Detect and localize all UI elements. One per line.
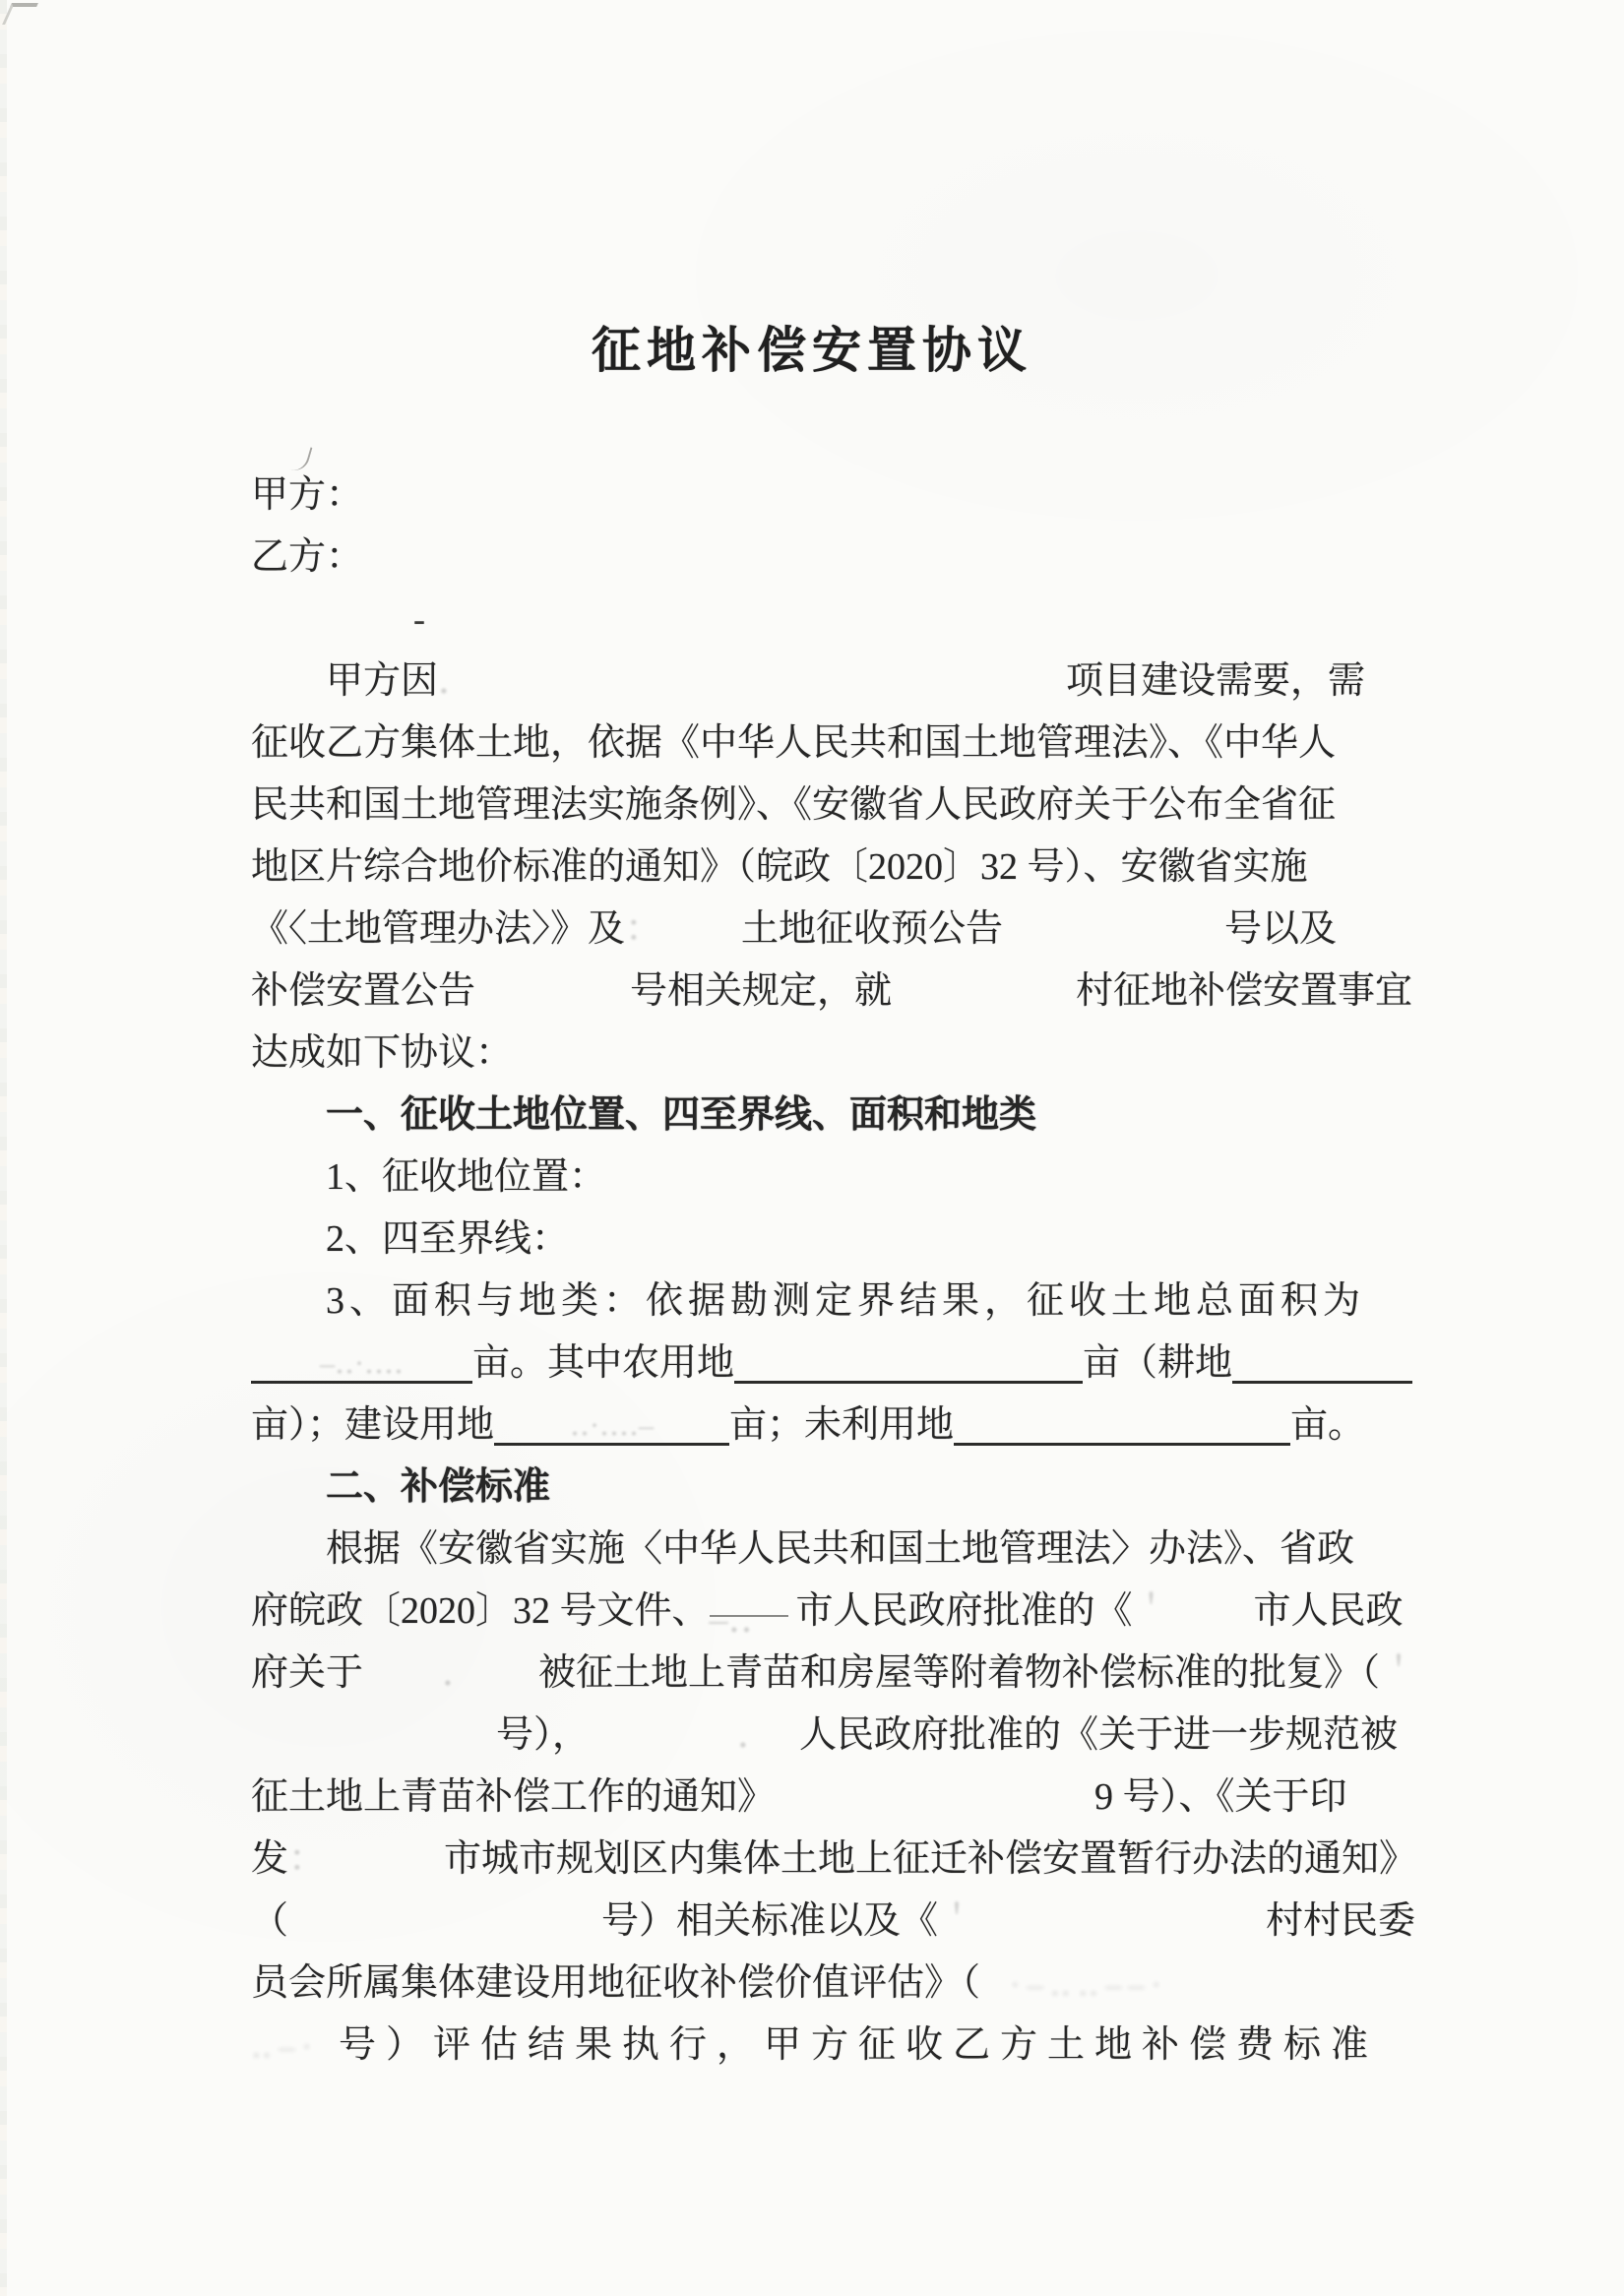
preamble-text: 民共和国土地管理法实施条例》、《安徽省人民政府关于公布全省征: [251, 784, 1336, 826]
spacer: [251, 692, 326, 693]
area-text-1: 亩。其中农用地: [472, 1342, 734, 1384]
blank-project-name: [475, 692, 1066, 693]
section2-line-1: 根据《安徽省实施〈中华人民共和国土地管理法〉办法》、省政: [251, 1519, 1481, 1581]
preamble-lead: 甲方因: [326, 660, 438, 702]
faint-colon-mark: ：: [288, 1838, 326, 1880]
section2-text: 市人民政: [1254, 1590, 1404, 1632]
blank-total-area: –‥·‥‥: [251, 1351, 472, 1384]
section2-line-7: （号）相关标准以及《＇村村民委: [251, 1891, 1481, 1953]
preamble-line-7: 达成如下协议：: [251, 1023, 1481, 1085]
section1-item3-line: 3、面积与地类：依据勘测定界结果，征收土地总面积为: [251, 1271, 1481, 1333]
scan-corner-artifact: [2, 3, 38, 25]
section2-text: 府皖政〔2020〕32 号文件、: [251, 1590, 710, 1632]
preamble-text: 村征地补偿安置事宜: [1076, 970, 1412, 1012]
spacer: [662, 940, 741, 941]
preamble-line-3: 民共和国土地管理法实施条例》、《安徽省人民政府关于公布全省征: [251, 775, 1481, 837]
erased-city-value: –‥: [710, 1599, 753, 1641]
spacer: [980, 1994, 1010, 1995]
section2-text: 征土地上青苗补偿工作的通知》: [251, 1776, 775, 1818]
faint-dot-mark: ．: [442, 1652, 479, 1694]
erased-appraisal-ref: ·–‥‥––·: [1010, 1966, 1168, 2002]
erased-construction-value: ‥·‥‥–: [494, 1411, 729, 1441]
section1-heading-line: 一、征收土地位置、四至界线、面积和地类: [251, 1085, 1481, 1147]
blank-pre-announcement-no: [1003, 940, 1224, 941]
blank-farmland-area: [734, 1351, 1083, 1384]
section1-item1-line: 1、征收地位置：: [251, 1147, 1481, 1209]
blank-city-name-3: [326, 1870, 444, 1871]
pre-announcement-label: 土地征收预公告: [741, 908, 1003, 950]
resettlement-announcement-label: 补偿安置公告: [251, 970, 475, 1012]
blank-construction-area: ‥·‥‥–: [494, 1413, 729, 1446]
faint-colon-mark: ：: [625, 908, 662, 950]
spacer: [251, 1188, 326, 1189]
area-text-4: 亩；未利用地: [729, 1404, 954, 1446]
section2-text: 号），: [496, 1714, 590, 1756]
section2-text: （: [251, 1900, 288, 1942]
party-a-line: 甲方：: [251, 465, 1481, 527]
preamble-text: 征收乙方集体土地，依据《中华人民共和国土地管理法》、《中华人: [251, 722, 1336, 764]
faint-tick-mark: ＇: [1133, 1590, 1170, 1632]
faint-dot-mark: ．: [438, 660, 475, 702]
erased-result-no: ‥–·: [251, 2028, 319, 2064]
area-line-2: 亩）；建设用地‥·‥‥–亩；未利用地亩。: [251, 1395, 1481, 1457]
preamble-tail: 项目建设需要，需: [1066, 660, 1365, 702]
blank-approval-no: [251, 1746, 496, 1747]
party-b-label: 乙方：: [251, 536, 363, 578]
preamble-line-2: 征收乙方集体土地，依据《中华人民共和国土地管理法》、《中华人: [251, 713, 1481, 775]
scanned-agreement-page: 征地补偿安置协议 甲方： 乙方： - 甲方因．项目建设需要，需 征收乙方集体土地…: [0, 0, 1624, 2296]
section1-heading: 一、征收土地位置、四至界线、面积和地类: [326, 1094, 1036, 1136]
blank-unused-area: [954, 1413, 1290, 1446]
section1-item2-line: 2、四至界线：: [251, 1209, 1481, 1271]
preamble-text: 号相关规定，就: [630, 970, 892, 1012]
preamble-text: 号以及: [1224, 908, 1337, 950]
faint-tick-mark: ＇: [938, 1900, 975, 1942]
section2-line-5: 征土地上青苗补偿工作的通知》9 号）、《关于印: [251, 1767, 1481, 1829]
preamble-text: 地区片综合地价标准的通知》（皖政〔2020〕32 号）、安徽省实施: [251, 846, 1308, 888]
spacer: [775, 1746, 799, 1747]
section2-text: 被征土地上青苗和房屋等附着物补偿标准的批复》（: [538, 1652, 1380, 1694]
section2-text: 市城市规划区内集体土地上征迁补偿安置暂行办法的通知》: [444, 1838, 1416, 1880]
preamble-text: 达成如下协议：: [251, 1032, 513, 1074]
spacer: [479, 1684, 538, 1685]
spacer: [251, 1312, 326, 1313]
faint-dot-mark: ．: [737, 1714, 775, 1756]
blank-announcement-no: [475, 1002, 630, 1003]
item2-text: 2、四至界线：: [326, 1218, 569, 1260]
spacer: [251, 1126, 326, 1127]
section2-text: 市人民政府批准的《: [796, 1590, 1133, 1632]
document-title: 征地补偿安置协议: [0, 311, 1624, 382]
area-text-2: 亩（耕地: [1083, 1342, 1232, 1384]
stray-dash-mark: -: [413, 599, 425, 639]
erased-total-area-value: –‥·‥‥: [251, 1349, 472, 1379]
section2-text: 号）相关标准以及《: [601, 1900, 938, 1942]
spacer: [251, 1498, 326, 1499]
blank-village-name: [892, 1002, 1076, 1003]
section2-text: 号）评估结果执行，甲方征收乙方土地补偿费标准: [339, 2024, 1378, 2066]
preamble-line-6: 补偿安置公告号相关规定，就村征地补偿安置事宜: [251, 961, 1481, 1023]
preamble-line-4: 地区片综合地价标准的通知》（皖政〔2020〕32 号）、安徽省实施: [251, 837, 1481, 899]
item1-text: 1、征收地位置：: [326, 1156, 606, 1198]
party-b-line: 乙方：: [251, 527, 1481, 589]
section2-heading-line: 二、补偿标准: [251, 1457, 1481, 1519]
section2-text: 发: [251, 1838, 288, 1880]
area-text-5: 亩。: [1290, 1404, 1365, 1446]
section2-line-2: 府皖政〔2020〕32 号文件、–‥市人民政府批准的《＇市人民政: [251, 1581, 1481, 1643]
preamble-line-5: 《〈土地管理办法〉》及：土地征收预公告号以及: [251, 899, 1481, 961]
section2-text: 9 号）、《关于印: [1094, 1776, 1347, 1818]
spacer: [319, 2056, 339, 2057]
item3-text: 3、面积与地类：依据勘测定界结果，征收土地总面积为: [326, 1280, 1365, 1322]
section2-text: 府关于: [251, 1652, 363, 1694]
section2-text: 员会所属集体建设用地征收补偿价值评估》（: [251, 1962, 980, 2004]
stray-dash-line: -: [251, 589, 1481, 651]
section2-line-8: 员会所属集体建设用地征收补偿价值评估》（·–‥‥––·: [251, 1953, 1481, 2015]
area-line-1: –‥·‥‥亩。其中农用地亩（耕地: [251, 1333, 1481, 1395]
faint-tick-mark: ＇: [1380, 1652, 1417, 1694]
blank-city-name-2: [1170, 1622, 1254, 1623]
spacer: [251, 1250, 326, 1251]
blank-cultivated-area: [1232, 1351, 1412, 1384]
preamble-text: 《〈土地管理办法〉》及: [251, 908, 625, 950]
blank-notice-no: [775, 1808, 1094, 1809]
section2-line-3: 府关于．被征土地上青苗和房屋等附着物补偿标准的批复》（＇: [251, 1643, 1481, 1705]
spacer: [251, 630, 413, 631]
spacer: [788, 1622, 796, 1623]
blank-city-name: –‥: [710, 1589, 788, 1617]
section2-line-9: ‥–·号）评估结果执行，甲方征收乙方土地补偿费标准: [251, 2015, 1481, 2077]
spacer: [251, 1560, 326, 1561]
preamble-line-1: 甲方因．项目建设需要，需: [251, 651, 1481, 713]
section2-text: 人民政府批准的《关于进一步规范被: [799, 1714, 1398, 1756]
section2-text: 村村民委: [1266, 1900, 1415, 1942]
area-text-3: 亩）；建设用地: [251, 1404, 494, 1446]
blank-village-name-2: [975, 1932, 1266, 1933]
section2-line-4: 号），．人民政府批准的《关于进一步规范被: [251, 1705, 1481, 1767]
blank-county-name: [590, 1746, 737, 1747]
party-a-label: 甲方：: [251, 474, 363, 516]
section2-heading: 二、补偿标准: [326, 1466, 550, 1508]
blank-measures-no: [288, 1932, 601, 1933]
section2-line-6: 发：市城市规划区内集体土地上征迁补偿安置暂行办法的通知》: [251, 1829, 1481, 1891]
blank-approval-year: [363, 1684, 442, 1685]
section2-text: 根据《安徽省实施〈中华人民共和国土地管理法〉办法》、省政: [326, 1528, 1354, 1570]
